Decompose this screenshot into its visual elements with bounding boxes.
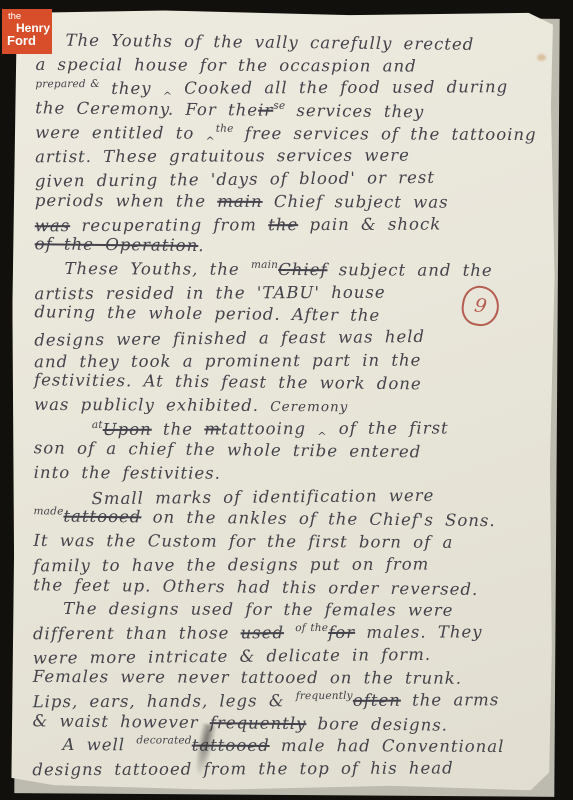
text-run: decorated [136,735,191,747]
manuscript-line: into the festivities. [34,463,573,488]
manuscript-line: given during the 'days of blood' or rest [35,167,573,195]
text-run: they [100,79,163,98]
page-number: 9 [473,294,488,318]
text-run: of the [295,622,328,634]
text-run: made [33,506,63,518]
manuscript-line: It was the Custom for the first born of … [33,531,573,556]
text-run: the feet up. Others had this order rever… [33,575,478,599]
text-run: were entitled to [35,123,205,143]
text-run: se [273,100,285,112]
text-run: subject and the [327,260,492,280]
text-run: . [198,236,204,255]
manuscript-line: These Youths, the mainChief subject and … [35,259,573,284]
text-run: designs were finished a feast was held [34,327,425,350]
text-run: was [35,216,71,235]
manuscript-line: The designs used for the females were [33,599,573,624]
text-run: was publicly exhibited. [34,395,270,415]
text-run: Lips, ears, hands, legs & [33,691,296,711]
text-run: of the Operation [35,234,199,255]
text-run: recuperating from [70,215,268,235]
manuscript-line: periods when the main Chief subject was [35,191,573,216]
text-run: on the ankles of the Chief's Sons. [141,508,495,531]
text-run: for [328,623,355,642]
manuscript-line: were more intricate & delicate in form. [33,643,573,671]
text-run [284,623,295,642]
manuscript-line: Females were never tattooed on the trunk… [33,667,573,692]
text-run: often [353,691,401,710]
manuscript-line: was publicly exhibited. Ceremony [34,395,573,420]
text-run: Chief subject was [263,192,449,212]
text-run: prepared & [35,78,100,90]
text-run: Cooked all the food used during [173,78,508,98]
text-run: artist. These gratuitous services were [35,146,410,167]
text-run: family to have the designs put on from [33,554,429,575]
text-run: the [152,419,205,438]
text-run: frequently [210,713,307,733]
text-run: into the festivities. [34,463,221,483]
text-run: It was the Custom for the first born of … [33,531,453,552]
text-run: Upon [103,419,152,438]
text-run: the [268,215,298,234]
text-run: Small marks of identification were [91,486,434,508]
text-run: son of a chief the whole tribe entered [34,439,422,462]
text-run: free services of the tattooing [234,124,537,144]
text-run: artists resided in the 'TABU' house [34,282,385,303]
text-run: at [92,419,103,431]
text-run: ir [258,101,273,120]
text-run: ^ [205,134,215,147]
manuscript-line: family to have the designs put on from [33,554,573,579]
text-run: different than those [33,623,241,643]
text-run: tattooed [63,507,141,527]
manuscript-line: a special house for the occaspion and [35,55,573,80]
paper-stain [537,54,546,61]
henry-ford-logo: the Henry Ford [2,9,52,54]
text-run: male had Conventional [270,736,505,756]
text-run: given during the 'days of blood' or rest [35,168,435,191]
text-run: main [217,192,262,211]
text-run: of the first [327,418,448,438]
manuscript-line: designs tattooed from the top of his hea… [32,758,572,783]
logo-word-ford: Ford [7,34,52,48]
text-run: bore designs. [306,714,448,734]
text-run: males. They [355,622,483,642]
text-run: festivities. At this feast the work done [34,371,422,394]
text-run: Chief [278,260,327,279]
manuscript-page: The Youths of the vally carefully erecte… [10,10,555,791]
text-run: during the whole period. After the [34,303,380,326]
manuscript-line: were entitled to ^the free services of t… [35,123,573,148]
manuscript: The Youths of the vally carefully erecte… [32,32,573,783]
text-run: the arms [401,690,499,709]
text-run: pain & shock [298,214,441,234]
text-run: the [216,122,234,134]
text-run: These Youths, the [65,259,251,279]
text-run: Ceremony [270,399,348,415]
text-run: the Ceremony. For the [35,98,258,119]
text-run: A well [62,735,136,754]
manuscript-line: designs were finished a feast was held [34,325,573,353]
text-run: a special house for the occaspion and [35,55,416,76]
text-run: and they took a prominent part in the [34,350,421,371]
manuscript-line: different than those used of thefor male… [33,622,573,647]
text-run: & waist however [33,711,210,732]
text-run: frequently [296,690,353,702]
text-run: services they [285,101,424,121]
text-run: main [251,259,278,271]
manuscript-line: A well decoratedtattooed male had Conven… [32,735,572,760]
text-run: The Youths of the vally carefully erecte… [65,31,474,54]
text-run: designs tattooed from the top of his hea… [32,758,453,779]
text-run: were more intricate & delicate in form. [33,644,431,667]
text-run: used [241,623,285,642]
text-run: tattooing [221,419,317,438]
text-run: The designs used for the females were [63,599,453,620]
text-run: m [204,419,221,438]
